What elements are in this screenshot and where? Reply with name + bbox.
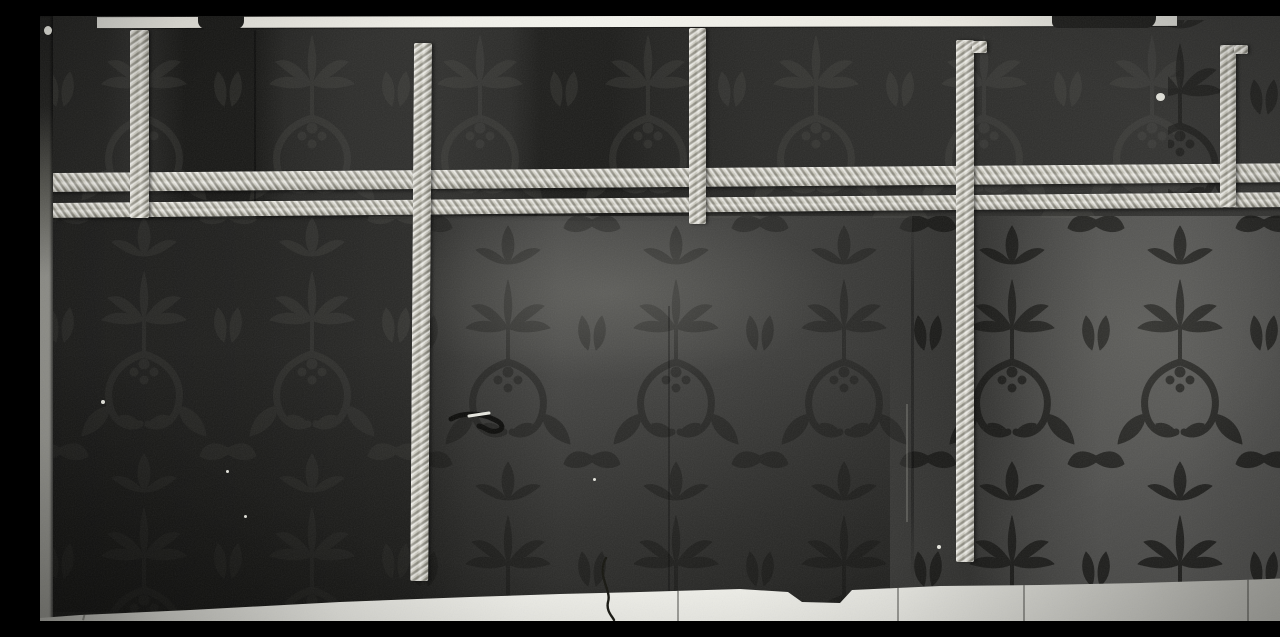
background-left-edge: [40, 16, 53, 621]
hanging-thread: [592, 556, 632, 621]
vertical-braid-band-2: [410, 43, 432, 581]
vertical-braid-band-1: [130, 30, 149, 218]
braid-trim-group: [40, 16, 1280, 621]
braid-end-stub: [1234, 45, 1248, 54]
vertical-braid-band-3: [689, 28, 706, 224]
fabric-overlap-top-left: [198, 16, 244, 29]
textile-photograph: Monochrome photograph of a wide rectangu…: [40, 16, 1280, 621]
horizontal-braid-band-upper: [48, 163, 1280, 192]
vertical-braid-band-4: [956, 40, 974, 562]
braid-end-stub: [972, 41, 987, 53]
white-speck: [44, 26, 52, 35]
fabric-overlap-top-right: [1052, 16, 1156, 28]
vertical-braid-band-5: [1220, 45, 1236, 207]
horizontal-braid-band-lower: [42, 192, 1280, 218]
